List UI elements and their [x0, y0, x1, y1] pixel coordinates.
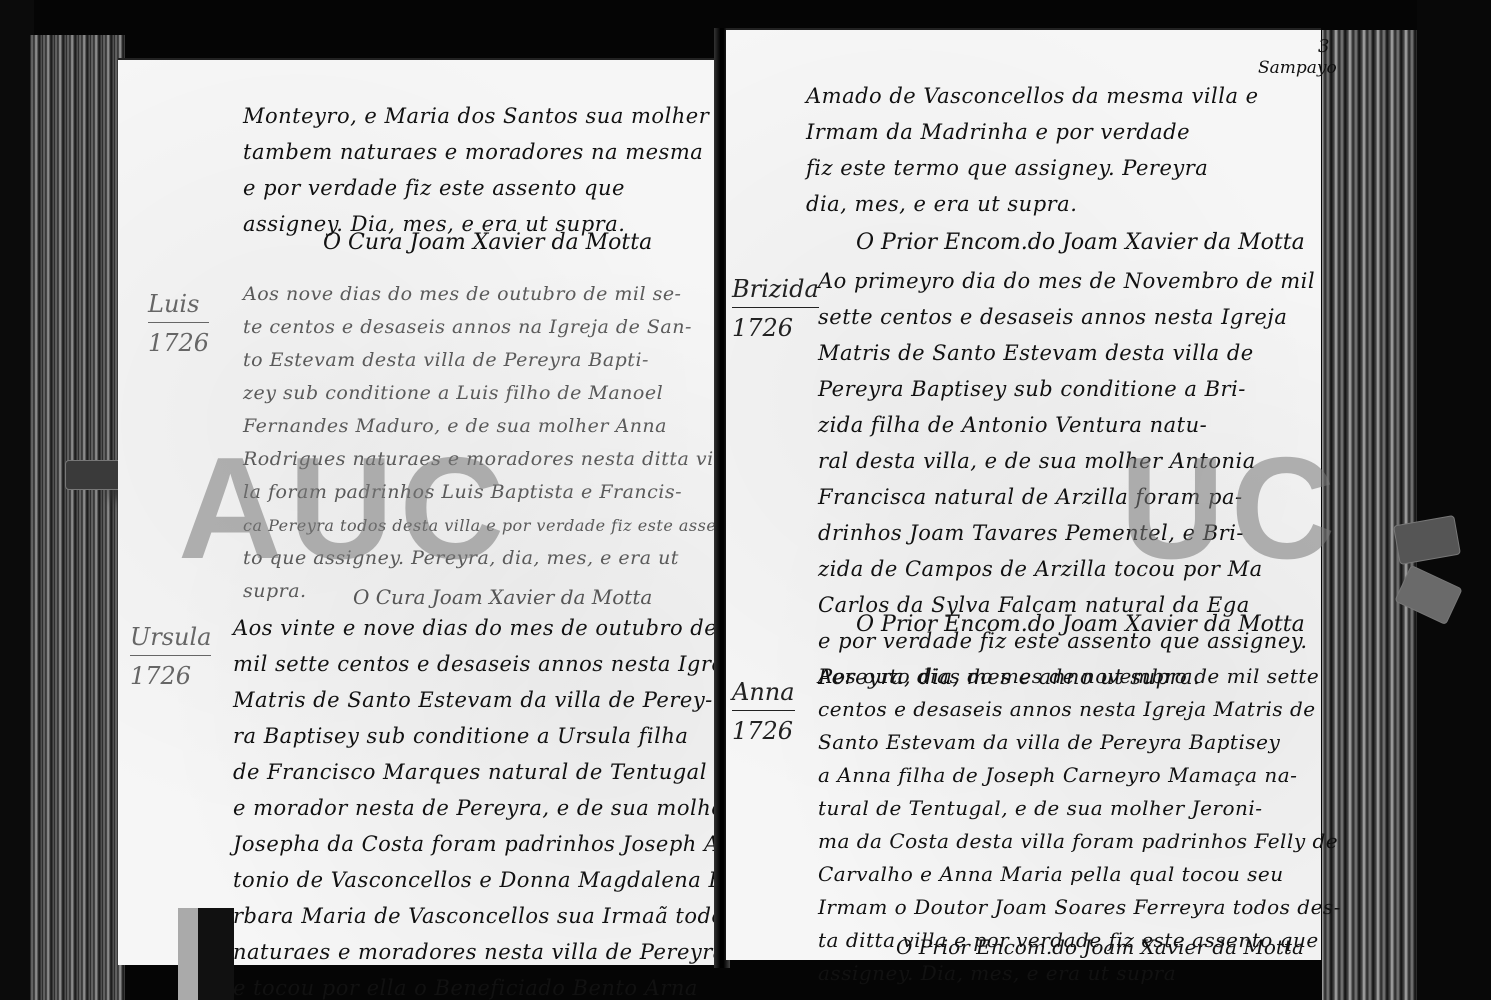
text-line: to que assigney. Pereyra, dia, mes, e er…: [243, 542, 733, 575]
text-line: a Anna filha de Joseph Carneyro Mamaça n…: [818, 759, 1341, 792]
signature: O Prior Encom.do Joam Xavier da Motta: [856, 612, 1305, 637]
margin-name: Luis: [148, 290, 209, 323]
text-line: assigney. Dia, mes, e era ut supra: [818, 957, 1341, 990]
right-continuation-text: Amado de Vasconcellos da mesma villa e I…: [806, 78, 1259, 222]
margin-year: 1726: [732, 717, 795, 745]
signature: O Cura Joam Xavier da Motta: [323, 230, 652, 255]
text-line: to Estevam desta villa de Pereyra Bapti-: [243, 344, 733, 377]
text-line: fiz este termo que assigney. Pereyra: [806, 150, 1259, 186]
signature: O Cura Joam Xavier da Motta: [353, 585, 652, 609]
text-line: Aos outo dias do mes de novembro de mil …: [818, 660, 1341, 693]
margin-entry-brizida: Brizida 1726: [732, 275, 819, 342]
text-line: Rodrigues naturaes e moradores nesta dit…: [243, 443, 733, 476]
text-line: de Francisco Marques natural de Tentugal: [233, 754, 745, 790]
text-line: la foram padrinhos Luis Baptista e Franc…: [243, 476, 733, 509]
signature: O Prior Encom.do Joam Xavier da Motta: [896, 935, 1304, 959]
margin-name: Brizida: [732, 275, 819, 308]
text-line: Irmam o Doutor Joam Soares Ferreyra todo…: [818, 891, 1341, 924]
text-line: zey sub conditione a Luis filho de Manoe…: [243, 377, 733, 410]
margin-entry-anna: Anna 1726: [732, 678, 795, 745]
entry-text-ursula: Aos vinte e nove dias do mes de outubro …: [233, 610, 745, 1000]
text-line: Aos vinte e nove dias do mes de outubro …: [233, 610, 745, 646]
margin-entry-ursula: Ursula 1726: [130, 623, 211, 690]
text-line: tonio de Vasconcellos e Donna Magdalena …: [233, 862, 745, 898]
text-line: mil sette centos e desaseis annos nesta …: [233, 646, 745, 682]
folio-number: 3: [1318, 36, 1329, 57]
text-line: Aos nove dias do mes de outubro de mil s…: [243, 278, 733, 311]
text-line: Matris de Santo Estevam desta villa de: [818, 335, 1315, 371]
right-background: [1417, 0, 1491, 1000]
margin-name: Anna: [732, 678, 795, 711]
text-line: sette centos e desaseis annos nesta Igre…: [818, 299, 1315, 335]
text-line: zida filha de Antonio Ventura natu-: [818, 407, 1315, 443]
text-line: ca Pereyra todos desta villa e por verda…: [243, 509, 733, 542]
bookmark-ribbon: [178, 908, 234, 1000]
text-line: Ao primeyro dia do mes de Novembro de mi…: [818, 263, 1315, 299]
text-line: Pereyra Baptisey sub conditione a Bri-: [818, 371, 1315, 407]
text-line: ma da Costa desta villa foram padrinhos …: [818, 825, 1341, 858]
text-line: ra Baptisey sub conditione a Ursula filh…: [233, 718, 745, 754]
left-page: Monteyro, e Maria dos Santos sua molher …: [118, 58, 718, 965]
text-line: Amado de Vasconcellos da mesma villa e: [806, 78, 1259, 114]
text-line: ral desta villa, e de sua molher Antonia: [818, 443, 1315, 479]
text-line: centos e desaseis annos nesta Igreja Mat…: [818, 693, 1341, 726]
text-line: zida de Campos de Arzilla tocou por Ma: [818, 551, 1315, 587]
text-line: Josepha da Costa foram padrinhos Joseph …: [233, 826, 745, 862]
left-book-edge: [30, 35, 125, 1000]
text-line: Carvalho e Anna Maria pella qual tocou s…: [818, 858, 1341, 891]
text-line: drinhos Joam Tavares Pementel, e Bri-: [818, 515, 1315, 551]
text-line: te centos e desaseis annos na Igreja de …: [243, 311, 733, 344]
margin-year: 1726: [130, 662, 211, 690]
text-line: rbara Maria de Vasconcellos sua Irmaã to…: [233, 898, 745, 934]
margin-year: 1726: [732, 314, 819, 342]
catchword: Sampayo: [1258, 58, 1337, 78]
text-line: Fernandes Maduro, e de sua molher Anna: [243, 410, 733, 443]
signature: O Prior Encom.do Joam Xavier da Motta: [856, 230, 1305, 255]
left-continuation-text: Monteyro, e Maria dos Santos sua molher …: [243, 98, 709, 242]
text-line: dia, mes, e era ut supra.: [806, 186, 1259, 222]
entry-text-luis: Aos nove dias do mes de outubro de mil s…: [243, 278, 733, 608]
text-line: e morador nesta de Pereyra, e de sua mol…: [233, 790, 745, 826]
scanned-book-spread: Monteyro, e Maria dos Santos sua molher …: [0, 0, 1491, 1000]
text-line: tambem naturaes e moradores na mesma: [243, 134, 709, 170]
text-line: Monteyro, e Maria dos Santos sua molher: [243, 98, 709, 134]
margin-year: 1726: [148, 329, 209, 357]
left-background: [0, 0, 34, 1000]
text-line: e tocou por ella o Beneficiado Bento Arn…: [233, 970, 745, 1000]
text-line: Santo Estevam da villa de Pereyra Baptis…: [818, 726, 1341, 759]
text-line: Matris de Santo Estevam da villa de Pere…: [233, 682, 745, 718]
margin-entry-luis: Luis 1726: [148, 290, 209, 357]
text-line: naturaes e moradores nesta villa de Pere…: [233, 934, 745, 970]
right-page: Amado de Vasconcellos da mesma villa e I…: [726, 28, 1321, 960]
text-line: e por verdade fiz este assento que: [243, 170, 709, 206]
text-line: tural de Tentugal, e de sua molher Jeron…: [818, 792, 1341, 825]
text-line: Irmam da Madrinha e por verdade: [806, 114, 1259, 150]
text-line: Francisca natural de Arzilla foram pa-: [818, 479, 1315, 515]
margin-name: Ursula: [130, 623, 211, 656]
